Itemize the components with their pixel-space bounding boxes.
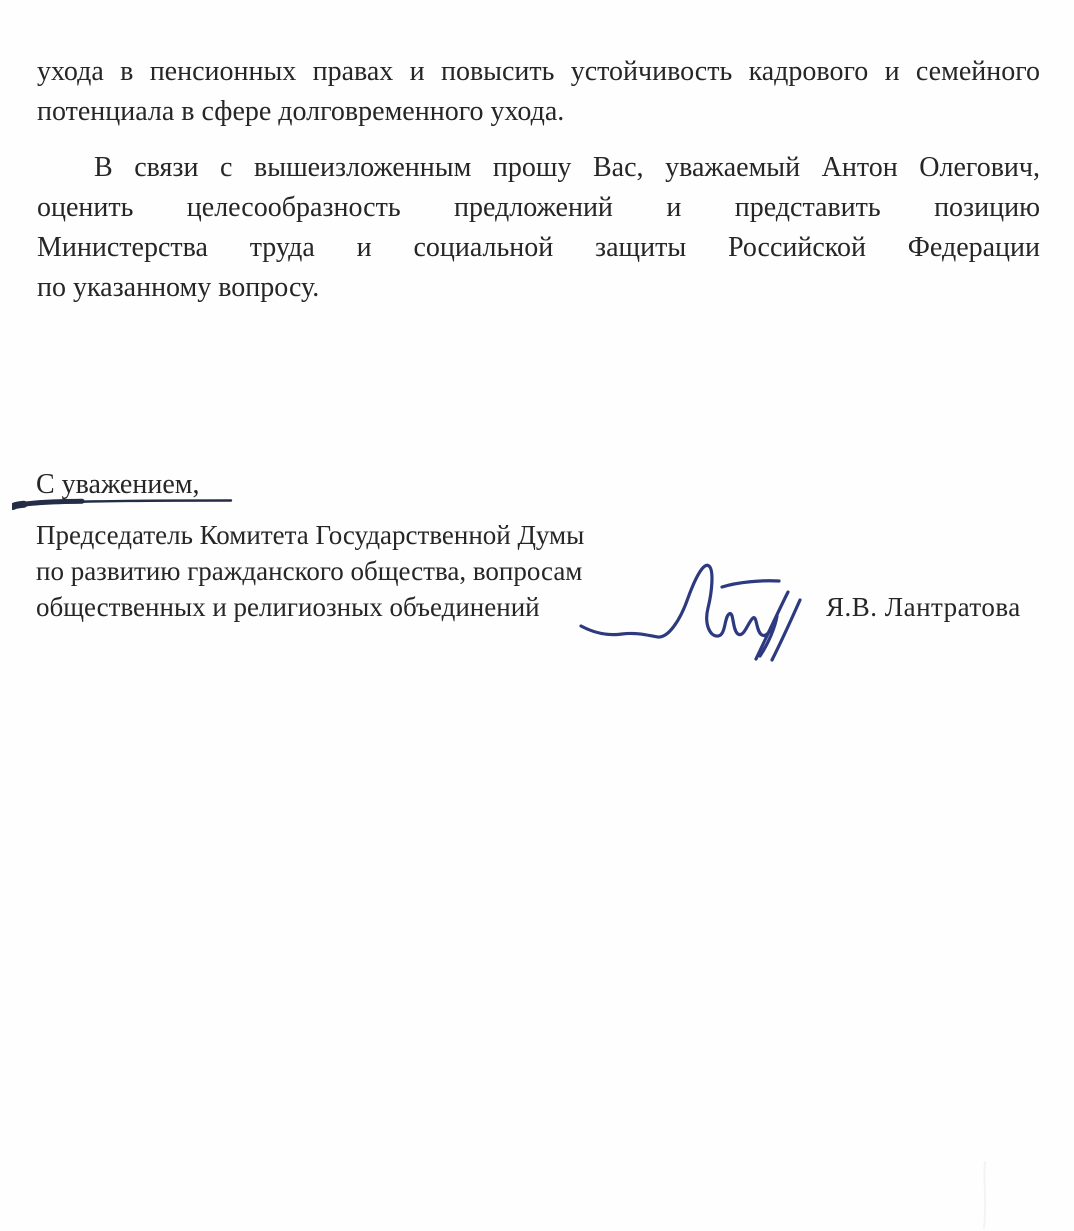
- body-line: по указанному вопросу.: [37, 268, 1040, 308]
- scan-artifact: [975, 1160, 995, 1230]
- scanned-letter-page: ухода в пенсионных правах и повысить уст…: [0, 0, 1074, 1231]
- body-line: потенциала в сфере долговременного ухода…: [37, 92, 1040, 132]
- body-line: ухода в пенсионных правах и повысить уст…: [37, 52, 1040, 92]
- signature-ink: [576, 546, 826, 666]
- body-line: В связи с вышеизложенным прошу Вас, уваж…: [37, 148, 1040, 188]
- body-line: оценить целесообразность предложений и п…: [37, 188, 1040, 228]
- body-line: Министерства труда и социальной защиты Р…: [37, 228, 1040, 268]
- salutation-underline-ink: [12, 496, 234, 512]
- paragraph-2: В связи с вышеизложенным прошу Вас, уваж…: [37, 148, 1040, 308]
- paragraph-1: ухода в пенсионных правах и повысить уст…: [37, 52, 1040, 132]
- signer-name: Я.В. Лантратова: [826, 592, 1021, 622]
